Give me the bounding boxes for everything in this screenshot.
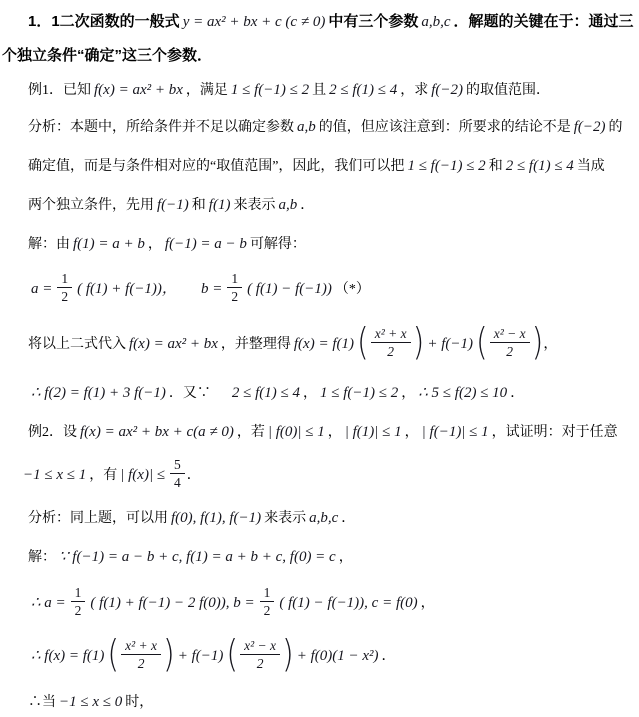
math-run: f(−2) (574, 119, 606, 135)
example2-solution-fx: ∴ f(x) = f(1)(x² + x2)+ f(−1)(x² − x2)+ … (0, 630, 639, 683)
text-run: 分析：同上题，可以用 (28, 511, 168, 526)
fraction-numerator: x² − x (240, 638, 280, 656)
fraction-denominator: 2 (61, 288, 68, 305)
big-right-paren: ) (163, 637, 175, 672)
fraction: 12 (71, 585, 86, 619)
example1-solution-conclusion: ∴ f(2) = f(1) + 3 f(−1)．又∵2 ≤ f(1) ≤ 4，1… (0, 374, 639, 413)
text-run: ， (339, 550, 353, 565)
heading-text: ．解题的关键在于：通过三 (454, 13, 634, 30)
math-run: ∴ 5 ≤ f(2) ≤ 10 (418, 385, 507, 401)
text-run: ， (303, 386, 317, 401)
fraction: x² + x2 (371, 326, 411, 360)
fraction: 54 (170, 457, 185, 491)
big-left-paren: ( (107, 637, 119, 672)
example2-solution-1: 解：∵ f(−1) = a − b + c, f(1) = a + b + c,… (0, 538, 639, 577)
math-run: ∴ a = (31, 595, 66, 611)
example2-statement-2: −1 ≤ x ≤ 1，有| f(x)| ≤54． (0, 452, 639, 499)
document-page: 1．1二次函数的一般式y = ax² + bx + c (c ≠ 0)中有三个参… (0, 0, 639, 717)
math-run: ( f(1) − f(−1)), c = f(0) (279, 595, 417, 611)
text-run: ． (187, 468, 201, 483)
text-run: （*） (335, 282, 370, 297)
math-run: f(x) = ax² + bx + c(a ≠ 0) (80, 424, 234, 440)
text-run: 解：由 (28, 237, 70, 252)
math-run: f(−2) (431, 82, 463, 98)
math-run: ( f(1) − f(−1)) (247, 281, 332, 297)
math-run: a,b,c (421, 14, 450, 30)
math-run: a,b (278, 197, 297, 213)
example1-analysis-3: 两个独立条件，先用f(−1)和f(1)来表示a,b． (0, 186, 639, 225)
fraction: x² − x2 (490, 326, 530, 360)
text-run: 可解得： (250, 237, 306, 252)
example1-statement: 例1．已知f(x) = ax² + bx，满足1 ≤ f(−1) ≤ 2且2 ≤… (0, 73, 639, 108)
example1-solution-formula-ab: a =12( f(1) + f(−1))，b =12( f(1) − f(−1)… (0, 264, 639, 315)
text-run: 且 (312, 83, 326, 98)
example1-solution-1: 解：由f(1) = a + b，f(−1) = a − b可解得： (0, 225, 639, 264)
math-run: 1 ≤ f(−1) ≤ 2 (407, 158, 485, 174)
text-run: 分析：本题中，所给条件并不足以确定参数 (28, 120, 294, 135)
fraction-numerator: 1 (57, 271, 72, 289)
text-run: 和 (192, 198, 206, 213)
math-run: 1 ≤ f(−1) ≤ 2 (231, 82, 309, 98)
fraction: 12 (260, 585, 275, 619)
fraction-numerator: 5 (170, 457, 185, 475)
heading-line-2: 个独立条件“确定”这三个参数． (0, 39, 639, 73)
fraction-denominator: 2 (387, 343, 394, 360)
text-run: 将以上二式代入 (28, 337, 126, 352)
fraction-denominator: 2 (264, 602, 271, 619)
fraction-numerator: 1 (227, 271, 242, 289)
math-run: | f(1)| ≤ 1 (345, 424, 402, 440)
text-run: 的取值范围． (466, 83, 550, 98)
math-run: f(x) = f(1) (294, 336, 354, 352)
text-run: ， (328, 425, 342, 440)
math-run: | f(x)| ≤ (120, 467, 165, 483)
text-run: 时， (125, 695, 153, 710)
math-run: a,b (297, 119, 316, 135)
example2-analysis: 分析：同上题，可以用f(0), f(1), f(−1)来表示a,b,c． (0, 499, 639, 538)
text-run: ． (300, 198, 314, 213)
text-run: ， (421, 596, 435, 611)
math-run: f(1) (209, 197, 231, 213)
text-run: ． (382, 649, 396, 664)
text-run: ， (543, 337, 557, 352)
fraction-numerator: 1 (260, 585, 275, 603)
example1-solution-2: 将以上二式代入f(x) = ax² + bx，并整理得f(x) = f(1)(x… (0, 315, 639, 374)
math-run: ( f(1) + f(−1) − 2 f(0)), b = (90, 595, 254, 611)
text-run: ， (405, 425, 419, 440)
math-run: y = ax² + bx + c (c ≠ 0) (183, 14, 326, 30)
text-run: ，并整理得 (221, 337, 291, 352)
math-run: + f(−1) (178, 648, 224, 664)
fraction: x² − x2 (240, 638, 280, 672)
fraction: x² + x2 (121, 638, 161, 672)
big-left-paren: ( (226, 637, 238, 672)
text-run: ， (401, 386, 415, 401)
fraction-numerator: x² + x (121, 638, 161, 656)
fraction-denominator: 2 (506, 343, 513, 360)
example1-analysis-1: 分析：本题中，所给条件并不足以确定参数a,b的值，但应该注意到：所要求的结论不是… (0, 108, 639, 147)
math-run: | f(0)| ≤ 1 (268, 424, 325, 440)
fraction-numerator: 1 (71, 585, 86, 603)
math-run: ∴ f(x) = f(1) (31, 648, 104, 664)
text-run: 的值，但应该注意到：所要求的结论不是 (319, 120, 571, 135)
text-run: ，满足 (186, 83, 228, 98)
big-left-paren: ( (476, 325, 488, 360)
math-run: f(0), f(1), f(−1) (171, 510, 261, 526)
example2-solution-formula-abc: ∴ a =12( f(1) + f(−1) − 2 f(0)), b =12( … (0, 577, 639, 630)
fraction-denominator: 2 (138, 655, 145, 672)
heading-text: 个独立条件“确定”这三个参数． (2, 47, 212, 64)
fraction-denominator: 2 (257, 655, 264, 672)
math-run: f(−1) (157, 197, 189, 213)
text-run: ∴当 (28, 695, 56, 710)
text-run: ，若 (237, 425, 265, 440)
text-run: 例2．设 (28, 425, 77, 440)
fraction-numerator: x² − x (490, 326, 530, 344)
fraction: 12 (227, 271, 242, 305)
big-right-paren: ) (282, 637, 294, 672)
text-run: ． (341, 511, 355, 526)
example2-statement-1: 例2．设f(x) = ax² + bx + c(a ≠ 0)，若| f(0)| … (0, 413, 639, 452)
heading-text: 中有三个参数 (328, 13, 418, 30)
text-run: 的 (609, 120, 623, 135)
big-left-paren: ( (357, 325, 369, 360)
math-run: ∴ f(2) = f(1) + 3 f(−1) (31, 385, 166, 401)
heading-text: 1．1二次函数的一般式 (28, 13, 180, 30)
math-run: + f(0)(1 − x²) (297, 648, 379, 664)
text-run: ，有 (89, 468, 117, 483)
math-run: a,b,c (309, 510, 338, 526)
text-run: 来表示 (233, 198, 275, 213)
math-run: 1 ≤ f(−1) ≤ 2 (320, 385, 398, 401)
fraction-denominator: 2 (231, 288, 238, 305)
math-run: 2 ≤ f(1) ≤ 4 (232, 385, 300, 401)
math-run: 2 ≤ f(1) ≤ 4 (329, 82, 397, 98)
fraction-denominator: 4 (174, 474, 181, 491)
math-run: ∵ f(−1) = a − b + c, f(1) = a + b + c, f… (59, 549, 336, 565)
text-run: 解： (28, 550, 56, 565)
math-run: ( f(1) + f(−1))， (77, 281, 177, 297)
math-run: + f(−1) (427, 336, 473, 352)
text-run: ． (510, 386, 524, 401)
math-run: | f(−1)| ≤ 1 (422, 424, 489, 440)
fraction-numerator: x² + x (371, 326, 411, 344)
text-run: 和 (489, 159, 503, 174)
math-run: −1 ≤ x ≤ 0 (59, 694, 122, 710)
math-run: f(x) = ax² + bx (129, 336, 218, 352)
text-run: 来表示 (264, 511, 306, 526)
text-run: 当成 (577, 159, 605, 174)
math-run: f(−1) = a − b (165, 236, 247, 252)
math-run: 2 ≤ f(1) ≤ 4 (506, 158, 574, 174)
big-right-paren: ) (413, 325, 425, 360)
fraction-denominator: 2 (75, 602, 82, 619)
fraction: 12 (57, 271, 72, 305)
heading-line-1: 1．1二次函数的一般式y = ax² + bx + c (c ≠ 0)中有三个参… (0, 5, 639, 39)
example1-analysis-2: 确定值，而是与条件相对应的“取值范围”，因此，我们可以把1 ≤ f(−1) ≤ … (0, 147, 639, 186)
text-run: 例1．已知 (28, 83, 91, 98)
math-run: f(1) = a + b (73, 236, 145, 252)
text-run: ，求 (400, 83, 428, 98)
example2-solution-case: ∴当−1 ≤ x ≤ 0时， (0, 683, 639, 717)
big-right-paren: ) (532, 325, 544, 360)
text-run: 确定值，而是与条件相对应的“取值范围”，因此，我们可以把 (28, 159, 404, 174)
math-run: −1 ≤ x ≤ 1 (23, 467, 86, 483)
text-run: ， (148, 237, 162, 252)
math-run: b = (201, 281, 222, 297)
math-run: a = (31, 281, 52, 297)
text-run: 两个独立条件，先用 (28, 198, 154, 213)
text-run: ．又∵ (169, 386, 211, 401)
math-run: f(x) = ax² + bx (94, 82, 183, 98)
text-run: ，试证明：对于任意 (492, 425, 618, 440)
